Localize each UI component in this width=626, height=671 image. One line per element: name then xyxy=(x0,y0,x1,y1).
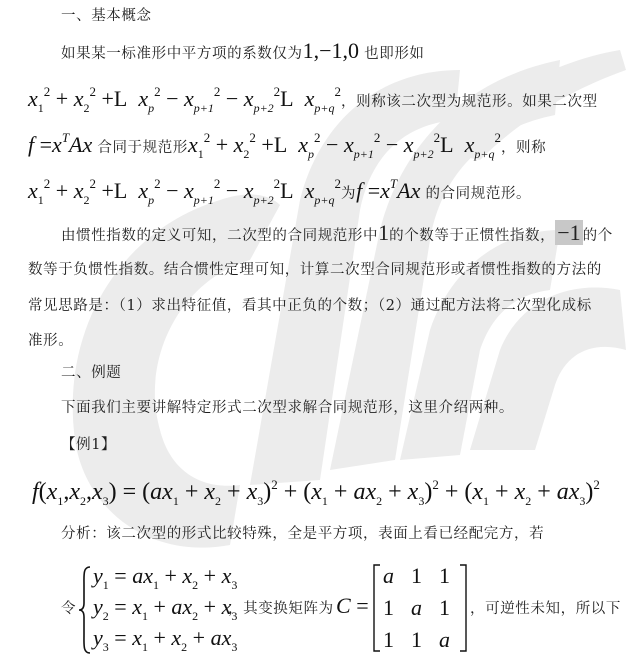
text: 的个数等于正惯性指数， xyxy=(389,228,555,244)
number-one: 1 xyxy=(378,220,389,245)
coefficient-values: 1,−1,0 xyxy=(303,38,359,63)
paragraph-inertia-line2: 数等于负惯性指数。结合惯性定理可知，计算二次型合同规范形或者惯性指数的方法的 xyxy=(28,258,602,279)
math-quadratic-form: f =xTAx xyxy=(28,132,92,157)
text: ，则称 xyxy=(501,140,546,156)
after-matrix-text: ，可逆性未知，所以下 xyxy=(470,597,621,618)
paragraph-analysis: 分析：该二次型的形式比较特殊，全是平方项，表面上看已经配完方，若 xyxy=(61,522,544,543)
transform-text: ，其变换矩阵为 xyxy=(228,597,334,618)
formula-congruent-line: f =xTAx 合同于规范形x12 + x22 +L xp2 − xp+12 −… xyxy=(28,130,546,162)
matrix-cell: 1 xyxy=(383,627,411,653)
matrix-cell: 1 xyxy=(439,563,463,589)
matrix-cell: 1 xyxy=(411,627,439,653)
section-heading-examples: 二、例题 xyxy=(61,361,121,382)
matrix-cell: 1 xyxy=(383,595,411,621)
text: 如果某一标准形中平方项的系数仅为 xyxy=(61,46,303,62)
formula-canonical-form: x12 + x22 +L xp2 − xp+12 − xp+22L xp+q2，… xyxy=(28,84,598,116)
formula-example-quadratic: f(x1,x2,x3) = (ax1 + x2 + x3)2 + (x1 + a… xyxy=(32,477,600,509)
equation-y3: y3 = x1 + x2 + ax3 xyxy=(93,625,237,655)
equation-y2: y2 = x1 + ax2 + x3 xyxy=(93,594,237,624)
matrix-cell: a xyxy=(383,563,411,589)
let-word: 令 xyxy=(61,597,76,618)
highlighted-minus-one: −1 xyxy=(555,220,582,245)
example-label: 【例1】 xyxy=(61,433,116,454)
formula-called-canonical-line: x12 + x22 +L xp2 − xp+12 − xp+22L xp+q2为… xyxy=(28,176,531,208)
text: 的个 xyxy=(583,228,613,244)
text: 合同于规范形 xyxy=(97,140,188,156)
math-expression: x12 + x22 +L xp2 − xp+12 − xp+22L xp+q2 xyxy=(28,86,341,111)
paragraph-inertia-line1: 由惯性指数的定义可知，二次型的合同规范形中1的个数等于正惯性指数，−1的个 xyxy=(61,220,613,246)
matrix-cell: 1 xyxy=(439,595,463,621)
matrix-cell: a xyxy=(411,595,439,621)
paragraph-inertia-line3: 常见思路是：（1）求出特征值，看其中正负的个数；（2）通过配方法将二次型化成标 xyxy=(28,294,592,315)
text: 也即形如 xyxy=(364,46,424,62)
math-expression: x12 + x22 +L xp2 − xp+12 − xp+22L xp+q2 xyxy=(28,178,341,203)
paragraph-definition-intro: 如果某一标准形中平方项的系数仅为1,−1,0 也即形如 xyxy=(61,38,425,64)
left-brace xyxy=(78,565,92,655)
text: 由惯性指数的定义可知，二次型的合同规范形中 xyxy=(61,228,378,244)
matrix-cell: 1 xyxy=(411,563,439,589)
text: 为 xyxy=(341,186,356,202)
math-expression: x12 + x22 +L xp2 − xp+12 − xp+22L xp+q2 xyxy=(188,132,501,157)
text: ，则称该二次型为规范形。如果二次型 xyxy=(341,94,598,110)
matrix-entries: a 1 1 1 a 1 1 1 a xyxy=(383,563,463,653)
equation-y1: y1 = ax1 + x2 + x3 xyxy=(93,563,237,593)
text: 的合同规范形。 xyxy=(425,186,531,202)
paragraph-inertia-line4: 准形。 xyxy=(28,329,73,350)
section-heading-basic-concepts: 一、基本概念 xyxy=(61,4,152,25)
matrix-name: C = xyxy=(336,593,369,619)
paragraph-intro-examples: 下面我们主要讲解特定形式二次型求解合同规范形，这里介绍两种。 xyxy=(61,396,514,417)
math-quadratic-form: f =xTAx xyxy=(356,178,420,203)
matrix-cell: a xyxy=(439,627,463,653)
